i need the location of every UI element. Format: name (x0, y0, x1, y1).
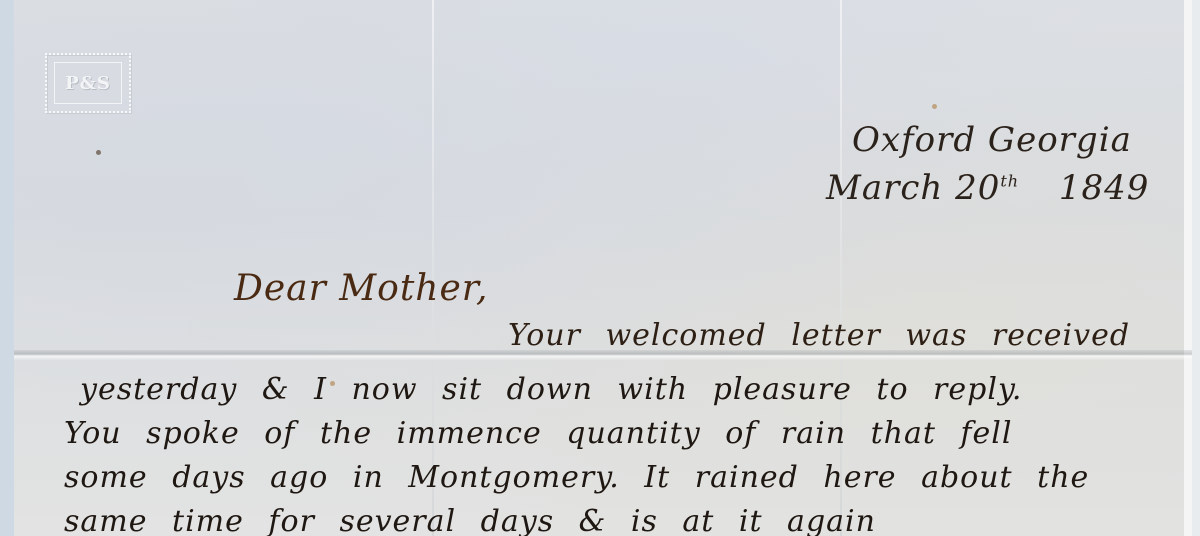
ink-spot (96, 150, 101, 155)
paper-right-edge (1184, 0, 1192, 536)
date-year: 1849 (1059, 168, 1150, 208)
vertical-fold-line (840, 0, 842, 536)
letter-place: Oxford Georgia (852, 120, 1132, 160)
body-line: yesterday & I now sit down with pleasure… (80, 372, 1022, 407)
body-line: some days ago in Montgomery. It rained h… (64, 460, 1089, 495)
body-line: Your welcomed letter was received (508, 318, 1130, 353)
body-line: You spoke of the immence quantity of rai… (64, 416, 1012, 451)
paper-stain (330, 381, 335, 386)
scan-left-edge (0, 0, 14, 536)
date-ordinal: th (1000, 172, 1019, 191)
embossed-stamp-icon: P&S (45, 53, 131, 113)
body-line: same time for several days & is at it ag… (64, 504, 876, 536)
salutation: Dear Mother, (234, 268, 488, 309)
letter-page (14, 0, 1192, 536)
letter-date: March 20th 1849 (826, 168, 1149, 208)
paper-stain (932, 104, 937, 109)
embossed-stamp-text: P&S (54, 62, 122, 104)
date-month-day: March 20 (826, 168, 1000, 208)
